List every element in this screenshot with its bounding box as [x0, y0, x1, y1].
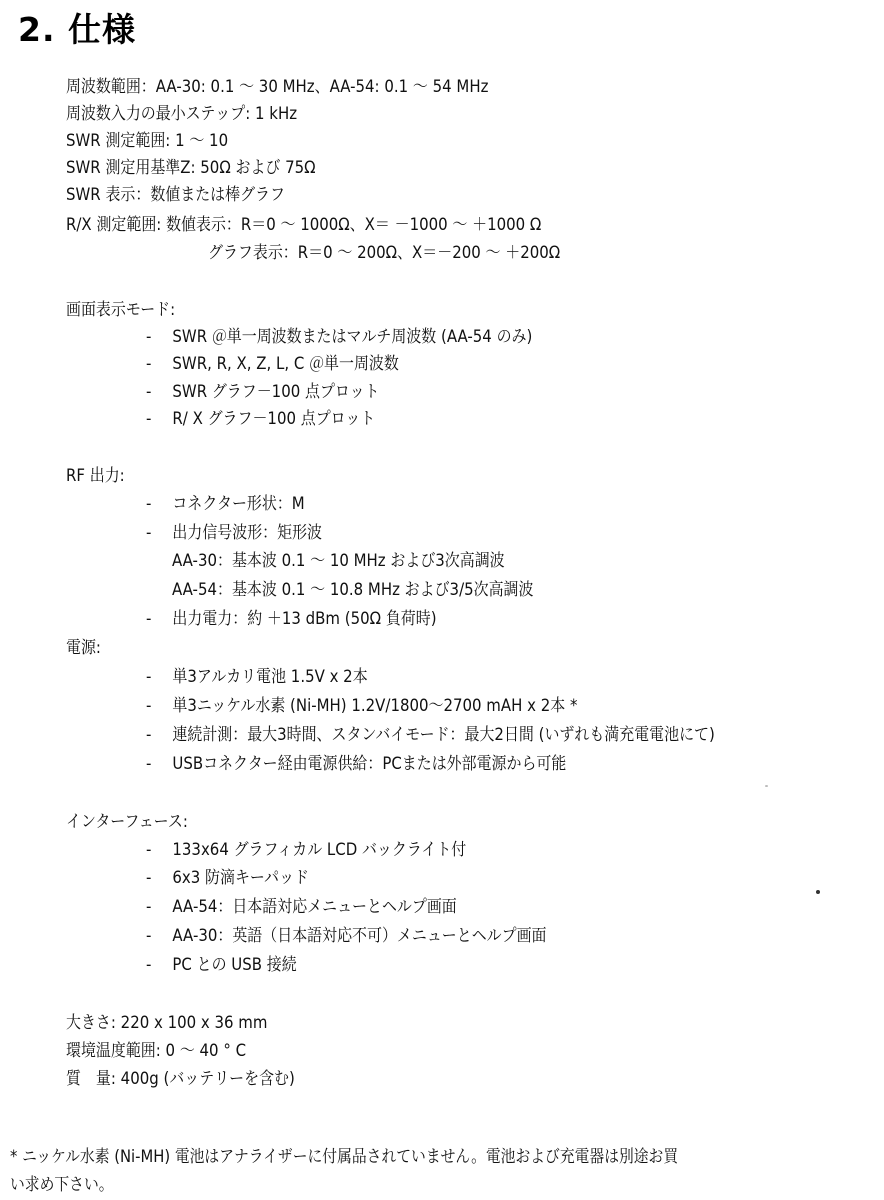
spec-swr-range: SWR 測定範囲: 1 ～ 10 — [66, 129, 228, 153]
footnote: * ニッケル水素 (Ni-MH) 電池はアナライザーに付属品されていません。電池… — [10, 1143, 758, 1199]
spec-rx-range-numeric: R/X 測定範囲: 数値表示：R＝0 ～ 1000Ω、X＝ －1000 ～ ＋1… — [66, 213, 541, 237]
list-item-text: 133x64 グラフィカル LCD バックライト付 — [172, 840, 466, 860]
bullet-dash: - — [146, 694, 172, 718]
list-item: -単3ニッケル水素 (Ni-MH) 1.2V/1800～2700 mAH x 2… — [146, 694, 577, 718]
list-item: -連続計測：最大3時間、スタンバイモード：最大2日間 (いずれも満充電電池にて) — [146, 723, 715, 747]
spec-min-step: 周波数入力の最小ステップ: 1 kHz — [66, 102, 297, 126]
bullet-dash: - — [146, 492, 172, 516]
bullet-dash: - — [146, 924, 172, 948]
list-item-text: 6x3 防滴キーパッド — [172, 868, 309, 888]
spec-swr-reference-z: SWR 測定用基準Z: 50Ω および 75Ω — [66, 156, 316, 180]
list-item: -AA-30：英語（日本語対応不可）メニューとヘルプ画面 — [146, 924, 547, 948]
list-item: -単3アルカリ電池 1.5V x 2本 — [146, 665, 368, 689]
rf-output-heading: RF 出力: — [66, 464, 125, 488]
footnote-line-2: い求め下さい。 — [10, 1171, 758, 1199]
list-item-text: R/ X グラフ－100 点プロット — [172, 409, 375, 429]
list-item: -SWR, R, X, Z, L, C ＠単一周波数 — [146, 352, 399, 376]
rf-output-aa30-wave: AA-30：基本波 0.1 ～ 10 MHz および3次高調波 — [172, 549, 505, 573]
spec-temperature-range: 環境温度範囲: 0 ～ 40 ° C — [66, 1039, 246, 1063]
list-item-text: 単3アルカリ電池 1.5V x 2本 — [172, 667, 367, 687]
list-item: -SWR グラフ－100 点プロット — [146, 380, 379, 404]
bullet-dash: - — [146, 607, 172, 631]
list-item: -USBコネクター経由電源供給：PCまたは外部電源から可能 — [146, 752, 566, 776]
bullet-dash: - — [146, 325, 172, 349]
scan-speck — [765, 785, 768, 787]
spec-rx-range-graph: グラフ表示：R＝0 ～ 200Ω、X＝－200 ～ ＋200Ω — [208, 241, 560, 265]
bullet-dash: - — [146, 866, 172, 890]
list-item: -コネクター形状：M — [146, 492, 305, 516]
bullet-dash: - — [146, 838, 172, 862]
spec-size: 大きさ: 220 x 100 x 36 mm — [66, 1011, 267, 1035]
footnote-line-1: * ニッケル水素 (Ni-MH) 電池はアナライザーに付属品されていません。電池… — [10, 1143, 758, 1171]
bullet-dash: - — [146, 352, 172, 376]
list-item: -6x3 防滴キーパッド — [146, 866, 309, 890]
power-supply-heading: 電源: — [66, 636, 101, 660]
list-item-text: 連続計測：最大3時間、スタンバイモード：最大2日間 (いずれも満充電電池にて) — [172, 725, 714, 745]
spec-weight: 質 量: 400g (バッテリーを含む) — [66, 1067, 295, 1091]
list-item-text: 出力信号波形：矩形波 — [172, 523, 322, 543]
list-item-text: SWR, R, X, Z, L, C ＠単一周波数 — [172, 354, 398, 374]
list-item-text: コネクター形状：M — [172, 494, 304, 514]
list-item: -PC との USB 接続 — [146, 953, 297, 977]
spec-frequency-range: 周波数範囲：AA-30: 0.1 ～ 30 MHz、AA-54: 0.1 ～ 5… — [66, 75, 488, 99]
list-item: -出力電力：約 ＋13 dBm (50Ω 負荷時) — [146, 607, 437, 631]
rf-output-aa54-wave: AA-54：基本波 0.1 ～ 10.8 MHz および3/5次高調波 — [172, 578, 533, 602]
bullet-dash: - — [146, 380, 172, 404]
display-modes-heading: 画面表示モード: — [66, 298, 175, 322]
spec-swr-display: SWR 表示：数値または棒グラフ — [66, 183, 285, 207]
list-item: -AA-54：日本語対応メニューとヘルプ画面 — [146, 895, 457, 919]
list-item-text: AA-54：日本語対応メニューとヘルプ画面 — [172, 897, 456, 917]
bullet-dash: - — [146, 895, 172, 919]
page-title: 2. 仕様 — [18, 4, 136, 51]
list-item-text: PC との USB 接続 — [172, 955, 296, 975]
list-item-text: SWR グラフ－100 点プロット — [172, 382, 379, 402]
list-item: -出力信号波形：矩形波 — [146, 521, 322, 545]
bullet-dash: - — [146, 752, 172, 776]
list-item: -R/ X グラフ－100 点プロット — [146, 407, 375, 431]
list-item-text: AA-30：英語（日本語対応不可）メニューとヘルプ画面 — [172, 926, 546, 946]
list-item-text: USBコネクター経由電源供給：PCまたは外部電源から可能 — [172, 754, 566, 774]
interface-heading: インターフェース: — [66, 810, 188, 834]
bullet-dash: - — [146, 665, 172, 689]
list-item: -SWR ＠単一周波数またはマルチ周波数 (AA-54 のみ) — [146, 325, 532, 349]
bullet-dash: - — [146, 407, 172, 431]
list-item: -133x64 グラフィカル LCD バックライト付 — [146, 838, 466, 862]
list-item-text: 出力電力：約 ＋13 dBm (50Ω 負荷時) — [172, 609, 436, 629]
scan-speck — [816, 890, 820, 894]
bullet-dash: - — [146, 521, 172, 545]
bullet-dash: - — [146, 953, 172, 977]
bullet-dash: - — [146, 723, 172, 747]
list-item-text: 単3ニッケル水素 (Ni-MH) 1.2V/1800～2700 mAH x 2本… — [172, 696, 577, 716]
list-item-text: SWR ＠単一周波数またはマルチ周波数 (AA-54 のみ) — [172, 327, 532, 347]
